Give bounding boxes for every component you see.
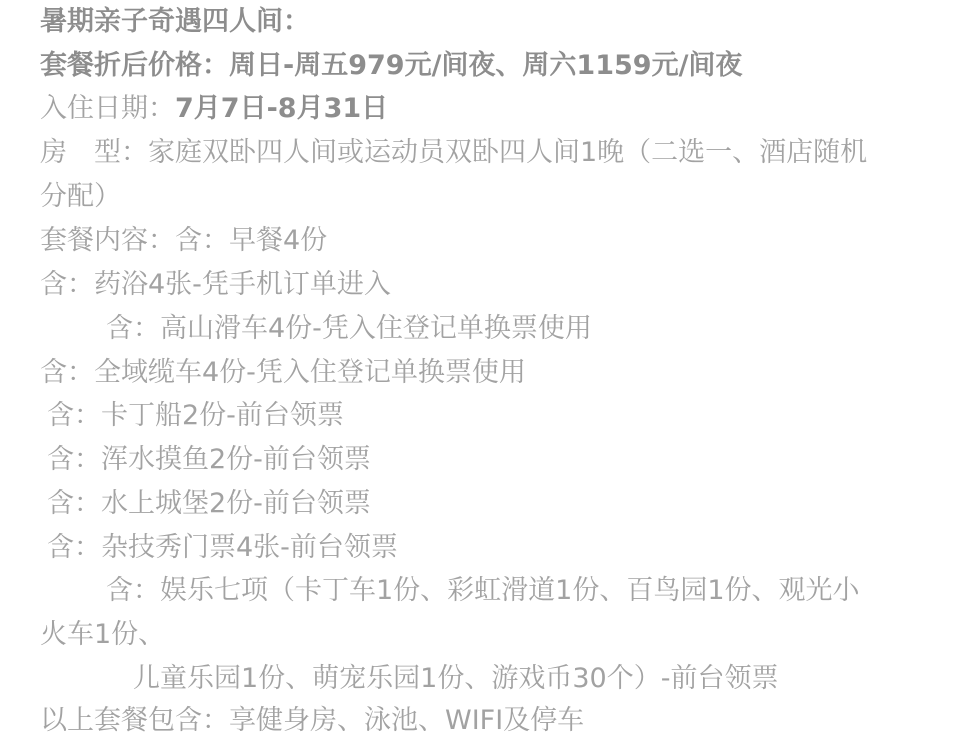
checkin-dates: 入住日期：7月7日-8月31日 <box>40 87 388 131</box>
package-title: 暑期亲子奇遇四人间： <box>40 0 310 44</box>
content-item: 儿童乐园1份、萌宠乐园1份、游戏币30个）-前台领票 <box>133 657 778 701</box>
content-item: 含：卡丁船2份-前台领票 <box>47 394 344 438</box>
content-item: 套餐内容：含：早餐4份 <box>40 219 327 263</box>
room-type-line-1: 房 型：家庭双卧四人间或运动员双卧四人间1晚（二选一、酒店随机 <box>40 131 867 175</box>
content-item: 含：水上城堡2份-前台领票 <box>47 482 371 526</box>
content-item: 火车1份、 <box>40 613 165 657</box>
content-item: 含：高山滑车4份-凭入住登记单换票使用 <box>106 307 592 351</box>
amenities-line: 以上套餐包含：享健身房、泳池、WIFI及停车 <box>40 699 584 743</box>
checkin-value: 7月7日-8月31日 <box>175 93 388 124</box>
content-item: 含：杂技秀门票4张-前台领票 <box>47 526 398 570</box>
content-item: 含：药浴4张-凭手机订单进入 <box>40 263 391 307</box>
content-item: 含：全域缆车4份-凭入住登记单换票使用 <box>40 351 526 395</box>
content-item: 含：娱乐七项（卡丁车1份、彩虹滑道1份、百鸟园1份、观光小 <box>106 569 860 613</box>
price-line: 套餐折后价格：周日-周五979元/间夜、周六1159元/间夜 <box>40 44 742 88</box>
checkin-label: 入住日期： <box>40 93 175 124</box>
room-type-line-2: 分配） <box>40 175 121 219</box>
content-item: 含：浑水摸鱼2份-前台领票 <box>47 438 371 482</box>
